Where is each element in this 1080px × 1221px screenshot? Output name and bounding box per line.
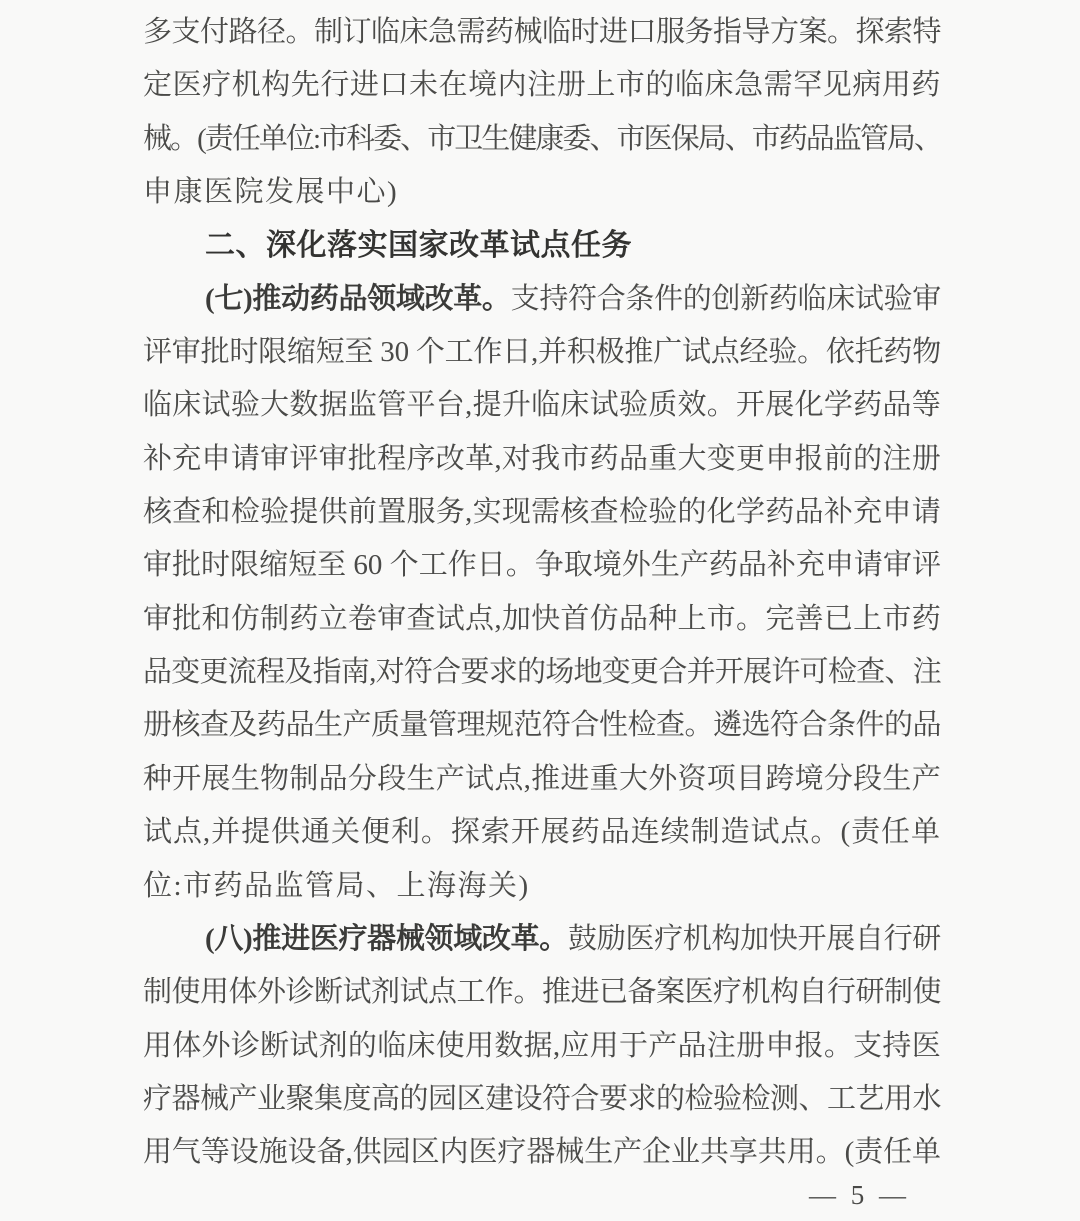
text-line: 品变更流程及指南,对符合要求的场地变更合并开展许可检查、注 [143,646,941,699]
line-text: 定医疗机构先行进口未在境内注册上市的临床急需罕见病用药 [143,69,941,101]
line-text: 用体外诊断试剂的临床使用数据,应用于产品注册申报。支持医 [143,1030,941,1062]
line-text: 临床试验大数据监管平台,提升临床试验质效。开展化学药品等 [143,389,941,421]
line-text: 用气等设施设备,供园区内医疗器械生产企业共享共用。(责任单 [143,1136,941,1168]
line-text: 二、深化落实国家改革试点任务 [205,229,632,262]
text-line: 用体外诊断试剂的临床使用数据,应用于产品注册申报。支持医 [143,1020,941,1073]
line-text: 鼓励医疗机构加快开展自行研 [568,923,941,955]
text-line: 位:市药品监管局、上海海关) [143,860,941,913]
text-line: 定医疗机构先行进口未在境内注册上市的临床急需罕见病用药 [143,59,941,112]
line-text: 核查和检验提供前置服务,实现需核查检验的化学药品补充申请 [143,496,941,528]
line-text: 补充申请审评审批程序改革,对我市药品重大变更申报前的注册 [143,443,941,475]
text-line: 制使用体外诊断试剂试点工作。推进已备案医疗机构自行研制使 [143,966,941,1019]
text-line: 种开展生物制品分段生产试点,推进重大外资项目跨境分段生产 [143,753,941,806]
text-line: 疗器械产业聚集度高的园区建设符合要求的检验检测、工艺用水 [143,1073,941,1126]
line-text: 册核查及药品生产质量管理规范符合性检查。遴选符合条件的品 [143,709,941,741]
text-line: 核查和检验提供前置服务,实现需核查检验的化学药品补充申请 [143,486,941,539]
text-line: 评审批时限缩短至 30 个工作日,并积极推广试点经验。依托药物 [143,326,941,379]
text-line: 械。(责任单位:市科委、市卫生健康委、市医保局、市药品监管局、 [143,113,941,166]
text-line: 用气等设施设备,供园区内医疗器械生产企业共享共用。(责任单 [143,1126,941,1179]
text-line: 补充申请审评审批程序改革,对我市药品重大变更申报前的注册 [143,433,941,486]
line-text: 疗器械产业聚集度高的园区建设符合要求的检验检测、工艺用水 [143,1083,941,1115]
text-line: 册核查及药品生产质量管理规范符合性检查。遴选符合条件的品 [143,699,941,752]
text-line: 临床试验大数据监管平台,提升临床试验质效。开展化学药品等 [143,379,941,432]
section-heading: 二、深化落实国家改革试点任务 [143,219,941,272]
text-line: (八)推进医疗器械领域改革。鼓励医疗机构加快开展自行研 [143,913,941,966]
text-block: 多支付路径。制订临床急需药械临时进口服务指导方案。探索特定医疗机构先行进口未在境… [143,6,941,1180]
line-text: 品变更流程及指南,对符合要求的场地变更合并开展许可检查、注 [143,656,941,688]
paragraph-lead: (七)推动药品领域改革。 [205,283,511,315]
text-line: 审批时限缩短至 60 个工作日。争取境外生产药品补充申请审评 [143,539,941,592]
paragraph-lead: (八)推进医疗器械领域改革。 [205,923,568,955]
line-text: 评审批时限缩短至 30 个工作日,并积极推广试点经验。依托药物 [143,336,941,368]
line-text: 支持符合条件的创新药临床试验审 [511,283,941,315]
line-text: 械。(责任单位:市科委、市卫生健康委、市医保局、市药品监管局、 [143,123,941,155]
line-text: 种开展生物制品分段生产试点,推进重大外资项目跨境分段生产 [143,763,941,795]
text-line: 试点,并提供通关便利。探索开展药品连续制造试点。(责任单 [143,806,941,859]
line-text: 多支付路径。制订临床急需药械临时进口服务指导方案。探索特 [143,16,941,48]
text-line: 审批和仿制药立卷审查试点,加快首仿品种上市。完善已上市药 [143,593,941,646]
line-text: 申康医院发展中心) [143,176,398,208]
text-line: (七)推动药品领域改革。支持符合条件的创新药临床试验审 [143,273,941,326]
line-text: 制使用体外诊断试剂试点工作。推进已备案医疗机构自行研制使 [143,976,941,1008]
document-page: 多支付路径。制订临床急需药械临时进口服务指导方案。探索特定医疗机构先行进口未在境… [0,0,1080,1221]
line-text: 审批和仿制药立卷审查试点,加快首仿品种上市。完善已上市药 [143,603,941,635]
page-number: — 5 — [809,1180,910,1211]
line-text: 审批时限缩短至 60 个工作日。争取境外生产药品补充申请审评 [143,549,941,581]
line-text: 试点,并提供通关便利。探索开展药品连续制造试点。(责任单 [143,816,941,848]
text-line: 申康医院发展中心) [143,166,941,219]
line-text: 位:市药品监管局、上海海关) [143,870,530,902]
text-line: 多支付路径。制订临床急需药械临时进口服务指导方案。探索特 [143,6,941,59]
